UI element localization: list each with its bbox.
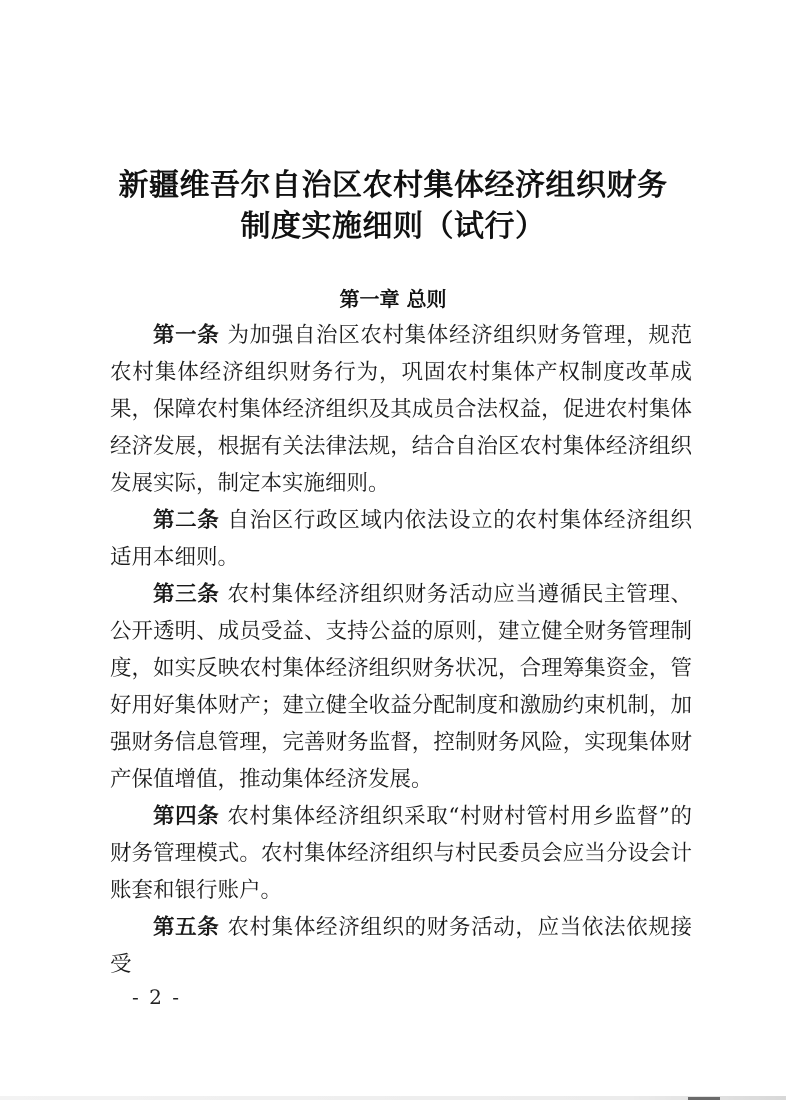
article-text: 为加强自治区农村集体经济组织财务管理，规范农村集体经济组织财务行为，巩固农村集体… — [110, 323, 692, 496]
article-label: 第四条 — [153, 804, 219, 829]
page-number: - 2 - — [132, 985, 181, 1009]
article-label: 第五条 — [153, 915, 219, 940]
scan-page-edge — [0, 1096, 786, 1100]
document-title-line-1: 新疆维吾尔自治区农村集体经济组织财务 — [0, 160, 786, 204]
article-4: 第四条农村集体经济组织采取“村财村管村用乡监督”的财务管理模式。农村集体经济组织… — [110, 798, 692, 909]
article-label: 第三条 — [153, 582, 219, 607]
article-label: 第二条 — [153, 508, 219, 533]
chapter-heading: 第一章 总则 — [0, 283, 786, 312]
document-page: 新疆维吾尔自治区农村集体经济组织财务 制度实施细则（试行） 第一章 总则 第一条… — [0, 0, 786, 1100]
article-text: 农村集体经济组织财务活动应当遵循民主管理、公开透明、成员受益、支持公益的原则，建… — [110, 582, 692, 792]
article-5: 第五条农村集体经济组织的财务活动，应当依法依规接受 — [110, 909, 692, 983]
article-1: 第一条为加强自治区农村集体经济组织财务管理，规范农村集体经济组织财务行为，巩固农… — [110, 317, 692, 502]
document-title-line-2: 制度实施细则（试行） — [0, 201, 786, 245]
article-label: 第一条 — [153, 323, 219, 348]
article-2: 第二条自治区行政区域内依法设立的农村集体经济组织适用本细则。 — [110, 502, 692, 576]
document-body: 第一条为加强自治区农村集体经济组织财务管理，规范农村集体经济组织财务行为，巩固农… — [110, 317, 692, 983]
article-3: 第三条农村集体经济组织财务活动应当遵循民主管理、公开透明、成员受益、支持公益的原… — [110, 576, 692, 798]
